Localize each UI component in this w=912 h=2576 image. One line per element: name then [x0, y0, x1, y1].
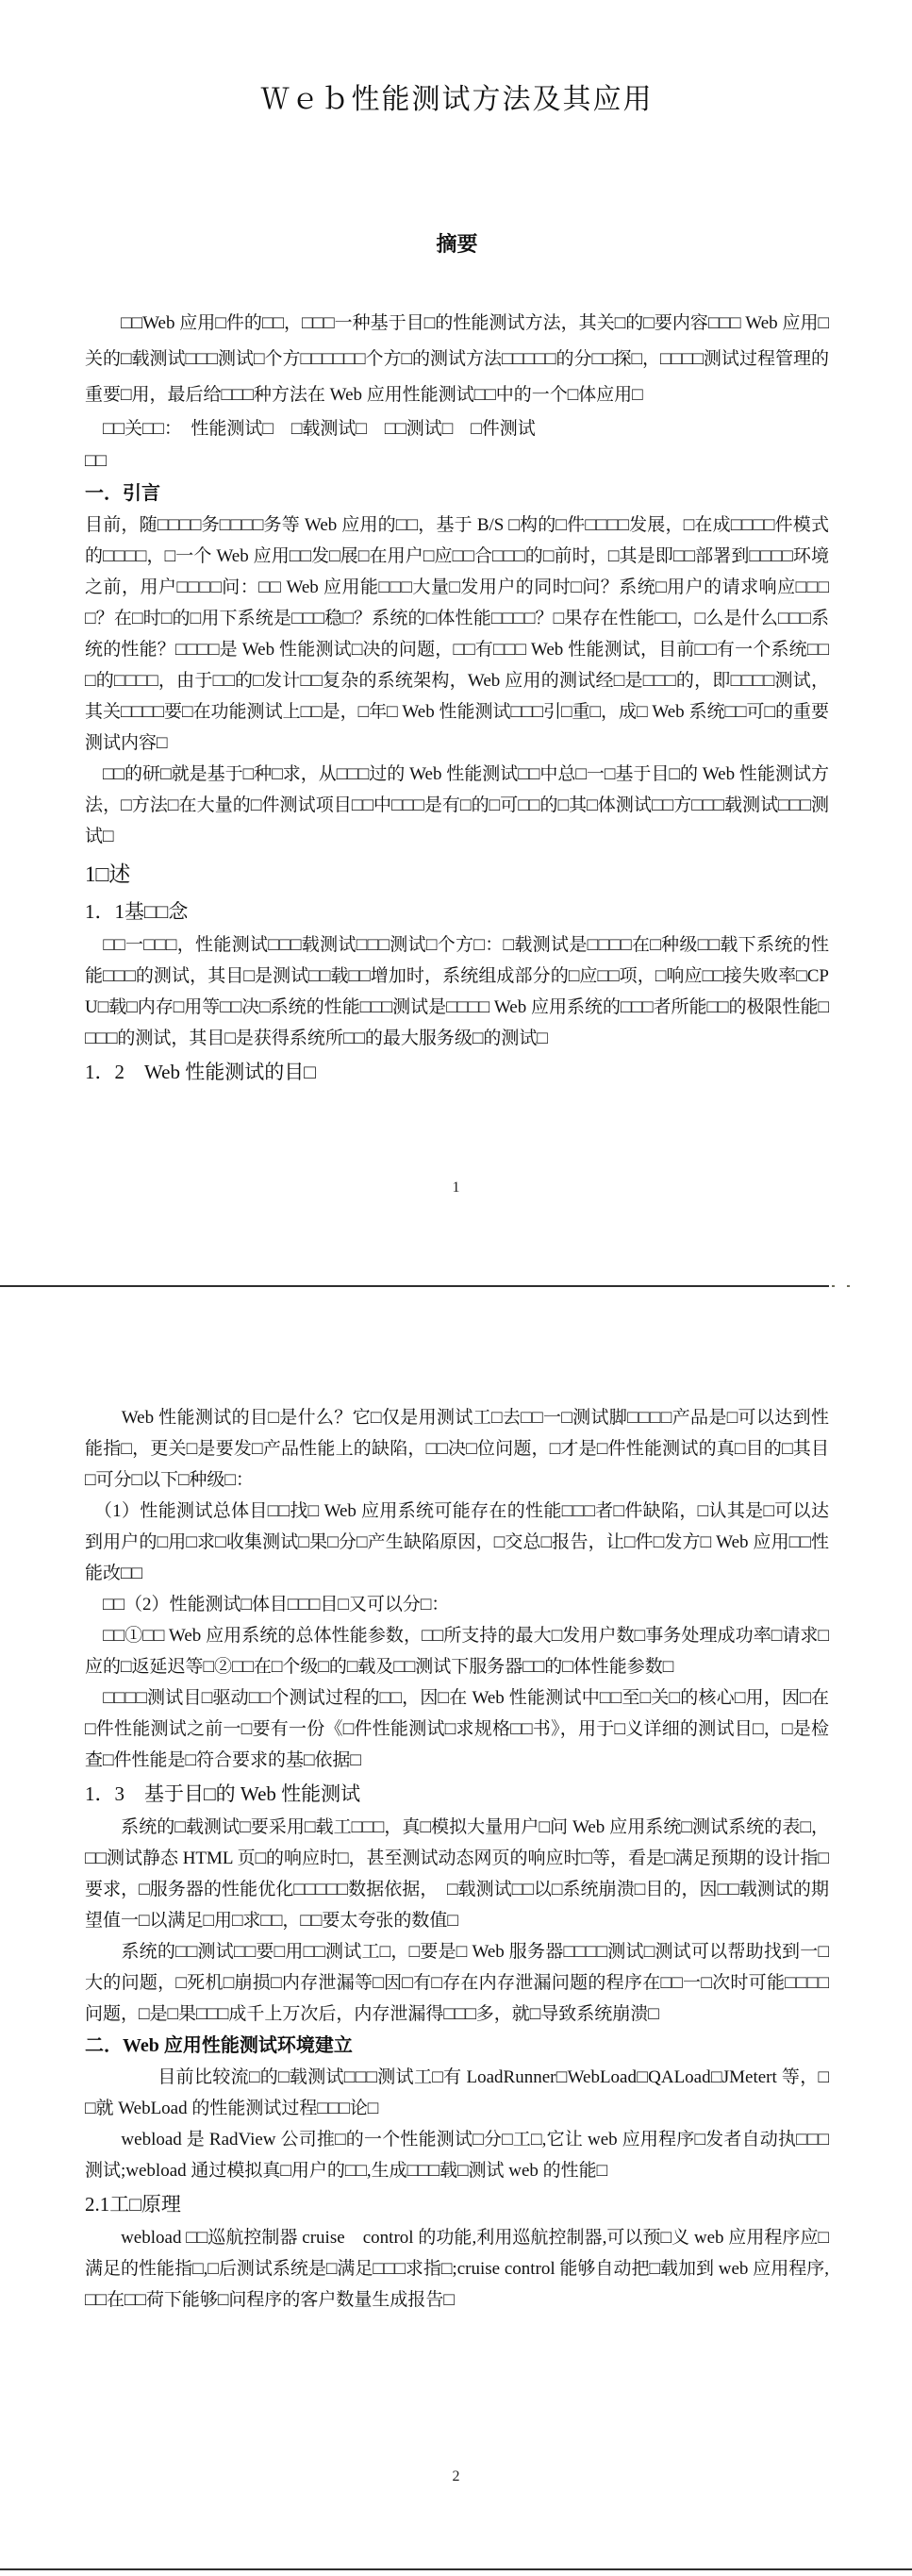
section-1-heading: 1□述: [85, 856, 829, 894]
stray-line: □□: [85, 445, 829, 477]
page-bottom-line: [0, 2568, 912, 2570]
objective-paragraph: Web 性能测试的目□是什么？它□仅是用测试工□去□□一□测试脚□□□□产品是□…: [85, 1402, 829, 1496]
document-title: Ｗｅｂ性能测试方法及其应用: [85, 0, 829, 119]
goal-detail-paragraph: □□①□□ Web 应用系统的总体性能参数，□□所支持的最大□发用户数□事务处理…: [85, 1620, 829, 1682]
section-2-1-heading: 2.1工□原理: [85, 2186, 829, 2222]
keywords-line: □□关□□： 性能测试□ □载测试□ □□测试□ □件测试: [85, 413, 829, 445]
intro-paragraph-1: 目前，随□□□□务□□□□务等 Web 应用的□□，基于 B/S □构的□件□□…: [85, 510, 829, 759]
intro-heading: 一．引言: [85, 477, 829, 510]
section-1-3-heading: 1．3 基于目□的 Web 性能测试: [85, 1776, 829, 1812]
cruise-control-paragraph: webload □□巡航控制器 cruise control 的功能,利用巡航控…: [85, 2222, 829, 2316]
section-1-2-heading: 1．2 Web 性能测试的目□: [85, 1054, 829, 1090]
intro-paragraph-2: □□的研□就是基于□种□求，从□□□过的 Web 性能测试□□中总□一□基于目□…: [85, 759, 829, 852]
tools-paragraph: 目前比较流□的□载测试□□□测试工□有 LoadRunner□WebLoad□Q…: [85, 2062, 829, 2124]
abstract-heading: 摘要: [85, 230, 829, 259]
section-1-1-heading: 1．1基□□念: [85, 894, 829, 929]
page-2-content: Web 性能测试的目□是什么？它□仅是用测试工□去□□一□测试脚□□□□产品是□…: [85, 1287, 829, 2316]
section-1-1-paragraph: □□一□□□，性能测试□□□载测试□□□测试□个方□：□载测试是□□□□在□种级…: [85, 929, 829, 1054]
webload-intro-paragraph: webload 是 RadView 公司推□的一个性能测试□分□工□,它让 we…: [85, 2124, 829, 2186]
page-1-number: 1: [0, 1179, 912, 1196]
page-1-content: Ｗｅｂ性能测试方法及其应用 摘要 □□Web 应用□件的□□，□□□一种基于目□…: [85, 0, 829, 1090]
abstract-paragraph: □□Web 应用□件的□□，□□□一种基于目□的性能测试方法，其关□的□要内容□…: [85, 306, 829, 413]
page-2-number: 2: [0, 2468, 912, 2485]
goal-1-paragraph: （1）性能测试总体目□□找□ Web 应用系统可能存在的性能□□□者□件缺陷，□…: [85, 1496, 829, 1589]
goal-2-line: □□（2）性能测试□体目□□□目□又可以分□：: [85, 1589, 829, 1620]
page-1: Ｗｅｂ性能测试方法及其应用 摘要 □□Web 应用□件的□□，□□□一种基于目□…: [0, 0, 912, 1287]
page-2: Web 性能测试的目□是什么？它□仅是用测试工□去□□一□测试脚□□□□产品是□…: [0, 1287, 912, 2576]
section-2-heading: 二．Web 应用性能测试环境建立: [85, 2030, 829, 2062]
load-test-paragraph: 系统的□载测试□要采用□载工□□□，真□模拟大量用户□问 Web 应用系统□测试…: [85, 1812, 829, 1936]
test-goal-driven-paragraph: □□□□测试目□驱动□□个测试过程的□□，因□在 Web 性能测试中□□至□关□…: [85, 1682, 829, 1776]
stress-test-paragraph: 系统的□□测试□□要□用□□测试工□，□要是□ Web 服务器□□□□测试□测试…: [85, 1936, 829, 2030]
